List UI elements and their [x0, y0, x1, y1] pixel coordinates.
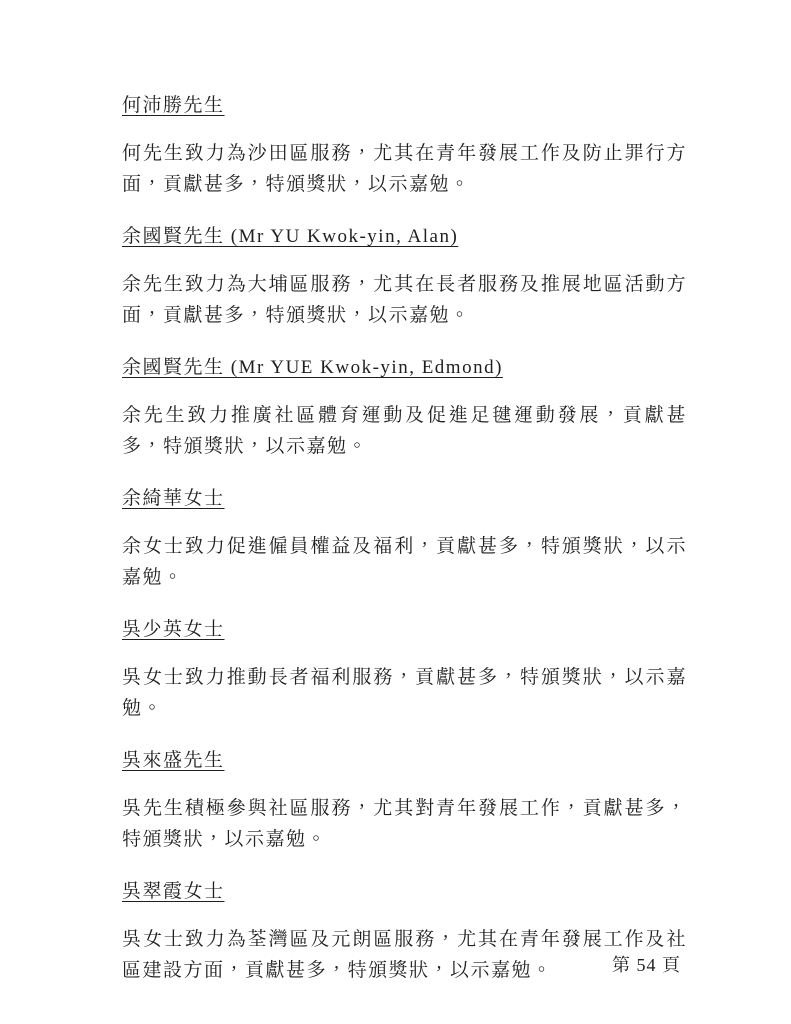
page-footer: 第 54 頁: [612, 951, 681, 977]
citation-text: 吳先生積極參與社區服務，尤其對青年發展工作，貢獻甚多，特頒獎狀，以示嘉勉。: [122, 793, 687, 855]
awardee-name: 余國賢先生 (Mr YUE Kwok-yin, Edmond): [122, 352, 687, 383]
document-page: 何沛勝先生 何先生致力為沙田區服務，尤其在青年發展工作及防止罪行方面，貢獻甚多，…: [0, 0, 791, 1024]
award-entry: 余綺華女士 余女士致力促進僱員權益及福利，貢獻甚多，特頒獎狀，以示嘉勉。: [122, 483, 687, 593]
citation-text: 吳女士致力為荃灣區及元朗區服務，尤其在青年發展工作及社區建設方面，貢獻甚多，特頒…: [122, 924, 687, 986]
awardee-name: 余國賢先生 (Mr YU Kwok-yin, Alan): [122, 221, 687, 252]
document-body: 何沛勝先生 何先生致力為沙田區服務，尤其在青年發展工作及防止罪行方面，貢獻甚多，…: [122, 90, 687, 1007]
award-entry: 余國賢先生 (Mr YUE Kwok-yin, Edmond) 余先生致力推廣社…: [122, 352, 687, 462]
citation-text: 吳女士致力推動長者福利服務，貢獻甚多，特頒獎狀，以示嘉勉。: [122, 662, 687, 724]
page-number: 第 54 頁: [612, 955, 681, 975]
citation-text: 余先生致力推廣社區體育運動及促進足毽運動發展，貢獻甚多，特頒獎狀，以示嘉勉。: [122, 400, 687, 462]
awardee-name: 余綺華女士: [122, 483, 687, 514]
citation-text: 余先生致力為大埔區服務，尤其在長者服務及推展地區活動方面，貢獻甚多，特頒獎狀，以…: [122, 269, 687, 331]
award-entry: 吳來盛先生 吳先生積極參與社區服務，尤其對青年發展工作，貢獻甚多，特頒獎狀，以示…: [122, 745, 687, 855]
awardee-name: 吳來盛先生: [122, 745, 687, 776]
citation-text: 何先生致力為沙田區服務，尤其在青年發展工作及防止罪行方面，貢獻甚多，特頒獎狀，以…: [122, 138, 687, 200]
award-entry: 余國賢先生 (Mr YU Kwok-yin, Alan) 余先生致力為大埔區服務…: [122, 221, 687, 331]
awardee-name: 吳翠霞女士: [122, 876, 687, 907]
award-entry: 吳翠霞女士 吳女士致力為荃灣區及元朗區服務，尤其在青年發展工作及社區建設方面，貢…: [122, 876, 687, 986]
awardee-name: 吳少英女士: [122, 614, 687, 645]
awardee-name: 何沛勝先生: [122, 90, 687, 121]
award-entry: 何沛勝先生 何先生致力為沙田區服務，尤其在青年發展工作及防止罪行方面，貢獻甚多，…: [122, 90, 687, 200]
citation-text: 余女士致力促進僱員權益及福利，貢獻甚多，特頒獎狀，以示嘉勉。: [122, 531, 687, 593]
award-entry: 吳少英女士 吳女士致力推動長者福利服務，貢獻甚多，特頒獎狀，以示嘉勉。: [122, 614, 687, 724]
